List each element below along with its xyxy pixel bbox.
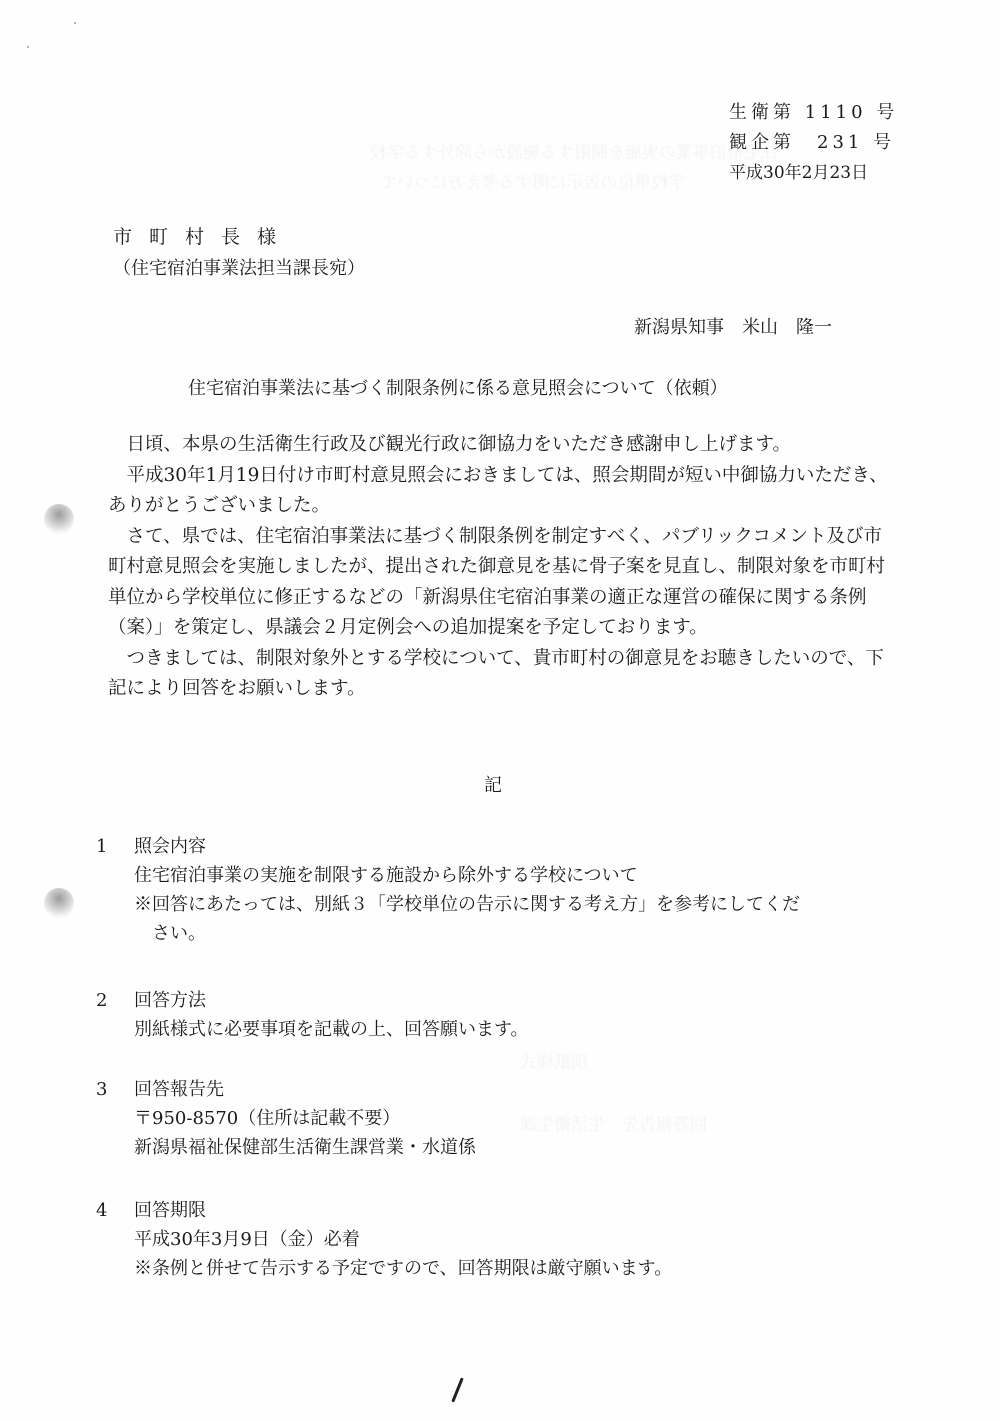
body-text: 日頃、本県の生活衛生行政及び観光行政に御協力をいただき感謝申し上げます。 平成3…: [108, 430, 898, 705]
postal-address: 〒950-8570（住所は記載不要）: [96, 1104, 896, 1133]
deadline-note: ※条例と併せて告示する予定ですので、回答期限は厳守願います。: [96, 1254, 896, 1283]
subject-title: 住宅宿泊事業法に基づく制限条例に係る意見照会について（依頼）: [188, 374, 728, 400]
section-line: 別紙様式に必要事項を記載の上、回答願います。: [96, 1015, 896, 1044]
addressee: 市町村長様: [113, 222, 293, 249]
paragraph: 日頃、本県の生活衛生行政及び観光行政に御協力をいただき感謝申し上げます。: [108, 430, 898, 461]
deadline-date: 平成30年3月9日（金）必着: [96, 1225, 896, 1254]
section-heading: 回答方法: [134, 986, 206, 1015]
document-page: 住宅宿泊事業の実施を制限する施設から除外する学校 学校単位の告示に関する考え方に…: [0, 0, 1000, 1421]
reference-number: 観企第 231 号: [729, 128, 898, 158]
reference-number: 生衛第 1110 号: [729, 98, 898, 128]
section-number: 3: [96, 1075, 134, 1104]
section-line: 住宅宿泊事業の実施を制限する施設から除外する学校について: [96, 861, 896, 890]
section-heading: 回答期限: [134, 1196, 206, 1225]
section-number: 4: [96, 1196, 134, 1225]
ki-heading: 記: [484, 771, 502, 797]
punch-hole-icon: [44, 888, 74, 918]
bleed-through-text: 住宅宿泊事業の実施を制限する施設から除外する学校: [370, 138, 778, 163]
department-name: 新潟県福祉保健部生活衛生課営業・水道係: [96, 1133, 896, 1162]
pen-mark-icon: [451, 1377, 464, 1402]
bleed-through-text: 学校単位の告示に関する考え方について: [380, 168, 686, 193]
section-number: 1: [96, 832, 134, 861]
section-note-continuation: さい。: [96, 919, 896, 948]
section-heading: 照会内容: [134, 832, 206, 861]
section-reply-method: 2 回答方法 別紙様式に必要事項を記載の上、回答願います。: [96, 986, 896, 1044]
scan-speck: [27, 46, 29, 48]
document-date: 平成30年2月23日: [729, 158, 898, 188]
addressee-department: （住宅宿泊事業法担当課長宛）: [113, 254, 365, 280]
section-note: ※回答にあたっては、別紙３「学校単位の告示に関する考え方」を参考にしてくだ: [96, 890, 896, 919]
paragraph: 平成30年1月19日付け市町村意見照会におきましては、照会期間が短い中御協力いた…: [108, 461, 898, 522]
sender: 新潟県知事 米山 隆一: [634, 313, 832, 339]
section-reply-destination: 3 回答報告先 〒950-8570（住所は記載不要） 新潟県福祉保健部生活衛生課…: [96, 1075, 896, 1162]
section-heading: 回答報告先: [134, 1075, 224, 1104]
paragraph: さて、県では、住宅宿泊事業法に基づく制限条例を制定すべく、パブリックコメント及び…: [108, 522, 898, 644]
paragraph: つきましては、制限対象外とする学校について、貴市町村の御意見をお聴きしたいので、…: [108, 644, 898, 705]
section-number: 2: [96, 986, 134, 1015]
bleed-through-text: 別紙様式: [520, 1048, 588, 1073]
scan-speck: [74, 22, 76, 24]
punch-hole-icon: [44, 504, 74, 534]
reference-block: 生衛第 1110 号 観企第 231 号 平成30年2月23日: [729, 98, 898, 188]
section-reply-deadline: 4 回答期限 平成30年3月9日（金）必着 ※条例と併せて告示する予定ですので、…: [96, 1196, 896, 1283]
section-inquiry: 1 照会内容 住宅宿泊事業の実施を制限する施設から除外する学校について ※回答に…: [96, 832, 896, 948]
